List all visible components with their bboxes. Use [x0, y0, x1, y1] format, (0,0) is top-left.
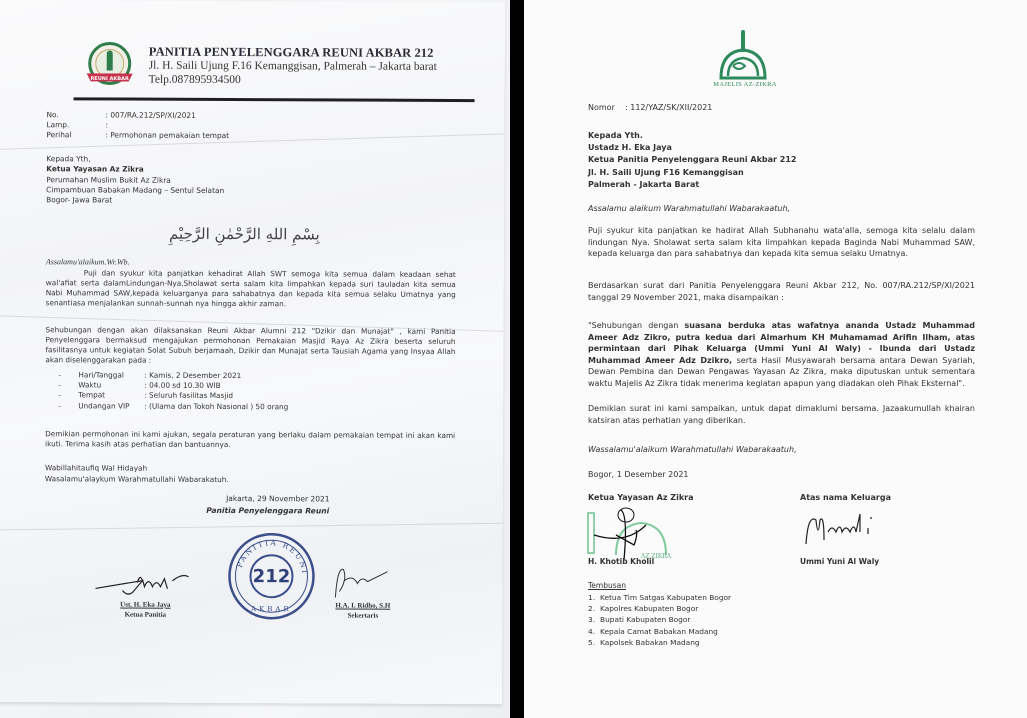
recipient-block: Kepada Yth, Ketua Yayasan Az Zikra Perum… — [46, 154, 224, 206]
closing-salutation: Wabillahitaufiq Wal Hidayah Wasalamu'ala… — [45, 463, 229, 485]
yayasan-stamp-icon: AZ ZIKRA — [586, 505, 676, 563]
paragraph-reference: Berdasarkan surat dari Panitia Penyeleng… — [588, 280, 975, 303]
signatory-title-ketua-yayasan: Ketua Yayasan Az Zikra — [588, 493, 694, 502]
cc-item: 4.Kepala Camat Babakan Madang — [588, 626, 731, 637]
paragraph-opening: Puji dan syukur kita panjatkan kehadirat… — [46, 268, 456, 310]
signatory-name-keluarga: Ummi Yuni Al Waly — [800, 557, 879, 566]
bismillah-calligraphy: بِسْمِ اللهِ الرَّحْمٰنِ الرَّحِيْمِ — [169, 225, 320, 244]
greeting: Assalamu alaikum Warahmatullahi Wabaraka… — [588, 204, 790, 213]
mosque-dome-icon — [713, 30, 773, 80]
cc-list: 1.Ketua Tim Satgas Kabupaten Bogor 2.Kap… — [588, 592, 731, 648]
paragraph-closing: Demikian surat ini kami sampaikan, untuk… — [588, 403, 975, 426]
svg-text:REUNI AKBAR: REUNI AKBAR — [90, 76, 129, 82]
left-letter-photo: REUNI AKBAR PANITIA PENYELENGGARA REUNI … — [0, 0, 510, 718]
committee-name: Panitia Penyelenggara Reuni — [188, 506, 348, 516]
paper-crease — [0, 523, 503, 531]
greeting: Assalamu'alaikum.Wr.Wb. — [46, 257, 130, 266]
signatory-role-ketua: Ketua Panitia — [105, 610, 185, 618]
svg-text:212: 212 — [253, 566, 291, 587]
signatory-name-ketua: Ust. H. Eka Jaya — [105, 600, 185, 608]
signature-keluarga — [802, 510, 882, 550]
letterhead-divider — [74, 97, 475, 102]
letterhead-phone: Telp.087895934500 — [149, 74, 241, 86]
paragraph-opening: Puji syukur kita panjatkan ke hadirat Al… — [588, 225, 975, 260]
committee-stamp-icon: 212 PANITIA REUNI AKBAR — [226, 531, 316, 621]
letterhead-org-name: PANITIA PENYELENGGARA REUNI AKBAR 212 — [149, 45, 434, 61]
event-details-list: -Hari/Tanggal: Kamis, 2 Desember 2021 -W… — [58, 370, 288, 412]
svg-text:AKBAR: AKBAR — [250, 605, 292, 613]
cc-item: 1.Ketua Tim Satgas Kabupaten Bogor — [588, 592, 731, 603]
paragraph-closing: Demikian permohonan ini kami ajukan, seg… — [45, 429, 455, 451]
cc-title: Tembusan — [588, 581, 626, 590]
letter-number: Nomor: 112/YAZ/SK/XII/2021 — [588, 103, 712, 112]
place-date: Bogor, 1 Desember 2021 — [588, 470, 689, 479]
right-letter: MAJELIS AZ-ZIKRA Nomor: 112/YAZ/SK/XII/2… — [524, 0, 1027, 718]
logo-text: MAJELIS AZ-ZIKRA — [705, 81, 785, 88]
place-date: Jakarta, 29 November 2021 — [213, 494, 343, 504]
recipient-name: Ketua Yayasan Az Zikra — [46, 165, 224, 176]
paragraph-request: Sehubungan dengan akan dilaksanakan Reun… — [45, 325, 455, 367]
signatory-name-sekertaris: H.A. I. Ridho, S.H — [320, 601, 405, 609]
letterhead-address: Jl. H. Saili Ujung F.16 Kemanggisan, Pal… — [149, 60, 437, 73]
cc-item: 2.Kapolres Kabupaten Bogor — [588, 603, 731, 614]
signature-sekertaris — [327, 561, 397, 601]
closing-salutation: Wassalamu'alaikum Warahmatullahi Wabarak… — [588, 445, 797, 454]
signature-ketua — [92, 568, 192, 598]
meta-subject: Perihal: Permohonan pemakaian tempat — [46, 130, 229, 141]
left-letter-paper: REUNI AKBAR PANITIA PENYELENGGARA REUNI … — [0, 0, 505, 704]
reuni-akbar-emblem-icon: REUNI AKBAR — [82, 39, 138, 91]
recipient-block: Kepada Yth. Ustadz H. Eka Jaya Ketua Pan… — [588, 130, 796, 191]
event-vip: -Undangan VIP: (Ulama dan Tokoh Nasional… — [58, 401, 288, 412]
signatory-role-sekertaris: Sekertaris — [320, 611, 405, 619]
letter-meta: No.: 007/RA.212/SP/XI/2021 Lamp.: Periha… — [46, 110, 229, 141]
signatory-title-keluarga: Atas nama Keluarga — [800, 493, 891, 502]
cc-item: 3.Bupati Kabupaten Bogor — [588, 614, 731, 625]
decision-quote: "Sehubungan dengan suasana berduka atas … — [588, 320, 975, 390]
signatory-name-ketua-yayasan: H. Khotib Kholil — [588, 557, 654, 566]
cc-item: 5.Kapolsek Babakan Madang — [588, 637, 731, 648]
